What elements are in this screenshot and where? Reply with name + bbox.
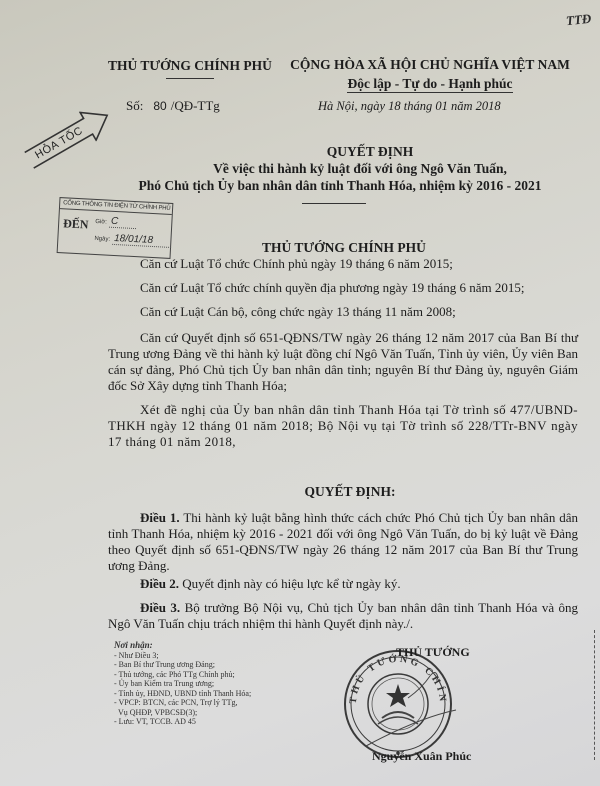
date-value: 18/01/18 [112, 233, 171, 248]
document-subject-line-1: Về việc thi hành kỷ luật đối với ông Ngô… [140, 161, 580, 177]
recipients-heading: Nơi nhận: [114, 641, 274, 651]
decision-heading: QUYẾT ĐỊNH: [240, 484, 460, 500]
received-stamp: CỔNG THÔNG TIN ĐIỆN TỬ CHÍNH PHỦ ĐẾN Giờ… [57, 197, 174, 259]
document-subject-line-2: Phó Chủ tịch Ủy ban nhân dân tỉnh Thanh … [110, 178, 570, 194]
place-date: Hà Nội, ngày 18 tháng 01 năm 2018 [318, 99, 501, 114]
recipient-item: - Thủ tướng, các Phó TTg Chính phủ; [114, 670, 274, 680]
received-time: Giờ:C [95, 215, 136, 228]
article-2-text: Quyết định này có hiệu lực kể từ ngày ký… [182, 576, 400, 591]
doc-number-value: 80 [153, 99, 166, 113]
recipient-item: - Ban Bí thư Trung ương Đảng; [114, 660, 274, 670]
recipient-item: Vụ QHĐP, VPBCSĐ(3); [114, 708, 274, 718]
article-1: Điều 1. Thi hành kỷ luật bằng hình thức … [108, 510, 578, 574]
document-number: Số:80/QĐ-TTg [126, 98, 220, 114]
received-stamp-header: CỔNG THÔNG TIN ĐIỆN TỬ CHÍNH PHỦ [60, 198, 172, 215]
motto-text: Độc lập - Tự do - Hạnh phúc [347, 76, 512, 93]
urgent-stamp: HỎA TỐC [19, 104, 110, 176]
legal-basis-3: Căn cứ Luật Cán bộ, công chức ngày 13 th… [140, 304, 580, 320]
time-value: C [109, 216, 137, 229]
received-stamp-label: ĐẾN [63, 216, 89, 232]
recipient-item: - VPCP: BTCN, các PCN, Trợ lý TTg, [114, 698, 274, 708]
recipient-item: - Lưu: VT, TCCB. AD 45 [114, 717, 274, 727]
recipient-item: - Như Điều 3; [114, 651, 274, 661]
article-3: Điều 3. Bộ trưởng Bộ Nội vụ, Chủ tịch Ủy… [108, 600, 578, 632]
recipient-item: - Tỉnh ủy, HĐND, UBND tỉnh Thanh Hóa; [114, 689, 274, 699]
page-edge [594, 630, 595, 760]
article-2-label: Điều 2. [140, 576, 179, 591]
signatory-name: Nguyễn Xuân Phúc [372, 749, 471, 764]
legal-basis-1: Căn cứ Luật Tổ chức Chính phủ ngày 19 th… [140, 256, 580, 272]
doc-number-suffix: /QĐ-TTg [171, 98, 220, 113]
recipients-list: Nơi nhận: - Như Điều 3; - Ban Bí thư Tru… [114, 641, 274, 727]
basis-decision: Căn cứ Quyết định số 651-QĐNS/TW ngày 26… [108, 330, 578, 394]
divider [166, 78, 214, 79]
article-2: Điều 2. Quyết định này có hiệu lực kể từ… [108, 576, 578, 592]
received-date: Ngày:18/01/18 [94, 232, 171, 247]
divider [302, 203, 366, 204]
doc-number-label: Số: [126, 98, 143, 113]
proposal-text: Xét đề nghị của Ủy ban nhân dân tỉnh Tha… [108, 402, 578, 449]
national-emblem-seal-icon: THỦ TƯỚNG CHÍNH PHỦ [338, 648, 458, 760]
date-label: Ngày: [94, 236, 110, 243]
recipient-item: - Ủy ban Kiểm tra Trung ương; [114, 679, 274, 689]
national-title: CỘNG HÒA XÃ HỘI CHỦ NGHĨA VIỆT NAM [290, 57, 570, 73]
national-motto: Độc lập - Tự do - Hạnh phúc [290, 76, 570, 92]
article-3-label: Điều 3. [140, 600, 180, 615]
issuing-authority: THỦ TƯỚNG CHÍNH PHỦ [244, 240, 444, 256]
handwritten-note: TTĐ [565, 11, 592, 30]
proposal: Xét đề nghị của Ủy ban nhân dân tỉnh Tha… [108, 402, 578, 450]
time-label: Giờ: [95, 219, 107, 226]
signatory-title: THỦ TƯỚNG [396, 645, 470, 660]
basis-decision-text: Căn cứ Quyết định số 651-QĐNS/TW ngày 26… [108, 330, 578, 393]
legal-basis-2: Căn cứ Luật Tổ chức chính quyền địa phươ… [140, 280, 580, 296]
article-1-label: Điều 1. [140, 510, 180, 525]
official-seal: THỦ TƯỚNG CHÍNH PHỦ [338, 648, 458, 765]
issuing-organization: THỦ TƯỚNG CHÍNH PHỦ [100, 58, 280, 74]
document-title: QUYẾT ĐỊNH [180, 144, 560, 160]
